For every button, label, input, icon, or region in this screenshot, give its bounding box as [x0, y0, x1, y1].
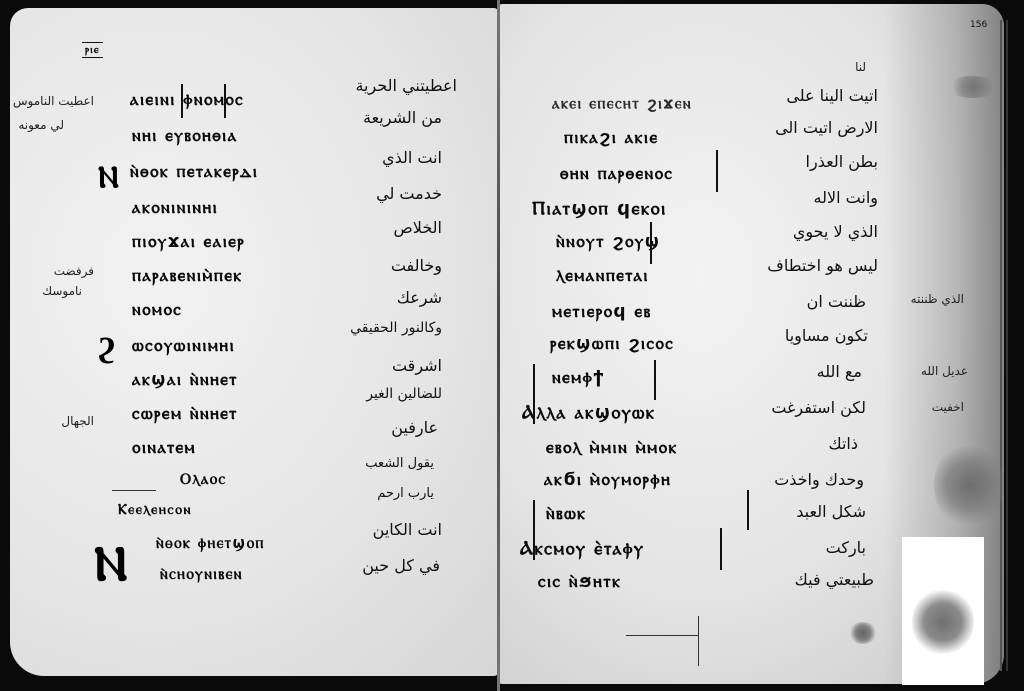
arabic-line: للضالين الغير — [366, 386, 442, 402]
coptic-line: Ⲕⲉⲉⲗⲉⲏⲥⲟⲛ — [118, 502, 192, 519]
coptic-line: Ⲁⲕⲥⲙⲟⲩ ⲉ̀ⲧⲁⲫⲩ — [520, 537, 644, 559]
arabic-line: وكالنور الحقيقي — [350, 320, 442, 336]
stave-phi-icon — [747, 490, 749, 530]
large-initial-n: Ⲛ — [98, 160, 119, 195]
arabic-line: وحدك واخذت — [774, 470, 864, 489]
pen-mark — [626, 635, 698, 636]
coptic-line: ⲡⲁⲣⲁⲃⲉⲛⲓⲙ̀ⲡⲉⲕ — [132, 266, 243, 287]
rubric-rule — [112, 490, 156, 491]
coptic-line: ⲛ̀ⲃⲱⲕ — [546, 504, 586, 525]
arabic-line: في كل حين — [362, 556, 440, 575]
coptic-line: ⲣⲉⲕϣⲱⲡⲓ ϩⲓⲥⲟⲥ — [550, 334, 674, 355]
coptic-line: ⲉⲃⲟⲗ ⲙ̀ⲙⲓⲛ ⲙ̀ⲙⲟⲕ — [546, 438, 678, 459]
stave-cross-icon — [650, 222, 652, 264]
ornamental-stroke — [533, 364, 535, 424]
coptic-line: ⲁⲓⲉⲓⲛⲓ ⲫⲛⲟⲙⲟⲥ — [130, 90, 244, 111]
arabic-line: لنا — [855, 60, 866, 74]
coptic-line: ⲡⲓⲟⲩϫⲁⲓ ⲉⲁⲓⲉⲣ — [132, 232, 245, 253]
arabic-line: الارض اتيت الى — [775, 118, 878, 137]
large-initial-n-ornate: Ⲛ — [94, 536, 128, 593]
right-folio-number: 156 — [970, 20, 987, 30]
arabic-line: بطن العذرا — [806, 152, 878, 171]
arabic-line: باركت — [826, 538, 866, 557]
coptic-line: ⲁⲕϣⲁⲓ ⲛ̀ⲛⲏⲉⲧ — [132, 370, 238, 391]
ornamental-stroke — [533, 500, 535, 560]
arabic-line: اتيت الينا على — [786, 86, 878, 105]
coptic-line: ⲛⲏⲓ ⲉⲩⲃⲟⲏⲑⲓⲁ — [132, 126, 238, 147]
large-initial-hori: ϩ — [96, 330, 117, 372]
margin-note: ناموسك — [42, 284, 82, 298]
arabic-line: انت الكاين — [373, 520, 442, 539]
arabic-line: ظننت ان — [807, 292, 866, 311]
coptic-line: ⲛ̀ⲛⲟⲩⲧ ϩⲟⲩϣ — [556, 232, 661, 253]
arabic-line: مع الله — [817, 362, 862, 381]
arabic-line: انت الذي — [382, 148, 442, 167]
coptic-line: ⲟⲓⲛⲁⲧⲉⲙ — [132, 438, 196, 459]
margin-note: لي معونه — [18, 118, 64, 132]
arabic-line: شرعك — [397, 288, 442, 307]
arabic-line: اعطيتني الحرية — [355, 76, 457, 95]
book-gutter — [497, 0, 500, 691]
margin-note: اعطيت الناموس — [13, 94, 94, 108]
arabic-line: طبيعتي فيك — [795, 570, 874, 589]
arabic-line: يارب ارحم — [377, 486, 434, 501]
arabic-line: تكون مساويا — [785, 326, 868, 345]
coptic-line: Ⲟⲗⲁⲟⲥ — [180, 470, 227, 489]
page-edge — [1006, 20, 1008, 671]
coptic-line: ⲛ̀ⲑⲟⲕ ⲡⲉⲧⲁⲕⲉⲣⲇⲓ — [130, 162, 258, 183]
arabic-line: الخلاص — [393, 218, 442, 237]
margin-note: عديل الله — [921, 364, 968, 378]
stave-cross-icon — [181, 84, 183, 118]
arabic-line: شكل العبد — [796, 502, 866, 521]
stave-cross-icon — [654, 360, 656, 400]
coptic-line: ⲛ̀ⲑⲟⲕ ⲫⲏⲉⲧϣⲟⲡ — [156, 534, 265, 553]
arabic-line: اشرقت — [392, 356, 442, 375]
margin-note: فرفضت — [54, 264, 94, 278]
coptic-line: ⲥⲓⲥ ⲛ̀ϧⲏⲧⲕ — [538, 572, 621, 593]
page-edge — [1000, 20, 1002, 671]
arabic-line: ذاتك — [828, 434, 858, 453]
arabic-line: يقول الشعب — [365, 456, 434, 471]
page-stain — [934, 440, 1004, 530]
white-patch — [902, 537, 984, 685]
arabic-line: لكن استفرغت — [771, 398, 866, 417]
coptic-line: ⲁⲕⲉⲓ ⲉⲡⲉⲥⲏⲧ ϩⲓϫⲉⲛ — [552, 94, 692, 113]
arabic-line: وخالفت — [391, 256, 442, 275]
arabic-line: وانت الاله — [814, 188, 878, 207]
margin-note: الجهال — [61, 414, 94, 428]
left-folio-coptic: ⲣⲓⲉ — [82, 42, 103, 58]
margin-note: اخفيت — [932, 400, 964, 414]
margin-note: الذي ظننته — [911, 292, 964, 306]
coptic-line: ⲁⲕⲟⲛⲓⲛⲓⲛⲏⲓ — [132, 198, 218, 219]
arabic-line: الذي لا يحوي — [793, 222, 878, 241]
coptic-line: ⲙⲉⲧⲓⲉⲣⲟϥ ⲉⲃ — [552, 302, 652, 323]
ink-blot — [848, 622, 878, 644]
patch-stain — [912, 587, 974, 657]
stave-phi-icon — [720, 528, 722, 570]
coptic-line: ⲑⲏⲛ ⲡⲁⲣⲑⲉⲛⲟⲥ — [560, 164, 673, 185]
coptic-line: ⲛⲟⲙⲟⲥ — [132, 300, 182, 321]
arabic-line: خدمت لي — [376, 184, 442, 203]
coptic-line: Ⲡⲓⲁⲧϣⲟⲡ ϥⲉⲕⲟⲓ — [532, 197, 667, 219]
coptic-line: ⲗⲉⲙⲁⲛⲡⲉⲧⲁⲓ — [556, 266, 649, 287]
coptic-line: ⲥⲱⲣⲉⲙ ⲛ̀ⲛⲏⲉⲧ — [132, 404, 238, 425]
stave-cross-icon — [716, 150, 718, 192]
coptic-line: ⲁⲕϭⲓ ⲙ̀ⲟⲩⲙⲟⲣⲫⲏ — [544, 470, 671, 491]
coptic-line: ⲛⲉⲙⲫϯ — [552, 368, 605, 389]
coptic-line: Ⲁⲗⲗⲁ ⲁⲕϣⲟⲩⲱⲕ — [522, 401, 655, 423]
stave-phi-icon — [224, 84, 226, 118]
coptic-line: ⲡⲓⲕⲁϩⲓ ⲁⲕⲓⲉ — [564, 128, 659, 149]
coptic-line: ⲱⲥⲟⲩⲱⲓⲛⲓⲙⲏⲓ — [132, 336, 235, 357]
arabic-line: من الشريعة — [363, 108, 442, 127]
pen-mark — [698, 616, 699, 666]
page-stain — [946, 76, 1000, 98]
coptic-line: ⲛ̀ⲥⲏⲟⲩⲛⲓⲃⲉⲛ — [160, 565, 243, 584]
arabic-line: ليس هو اختطاف — [767, 256, 878, 275]
arabic-line: عارفين — [391, 418, 438, 437]
